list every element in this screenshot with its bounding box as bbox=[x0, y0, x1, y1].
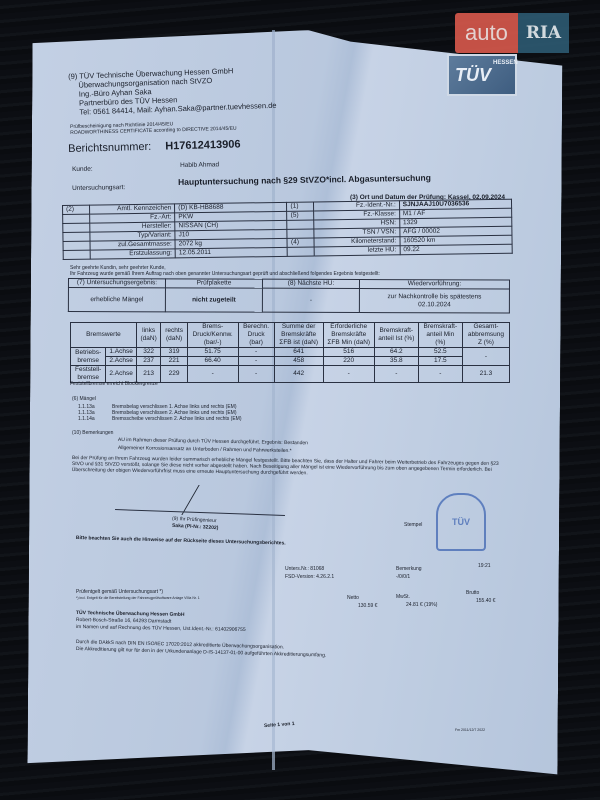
tuv-hessen-logo: TÜV HESSEN bbox=[447, 54, 517, 96]
brake-cell: 1.Achse bbox=[106, 348, 137, 357]
logo-text: TÜV bbox=[455, 65, 491, 86]
tuv-stamp: TÜV bbox=[436, 493, 486, 551]
brake-cell: Feststell-bremse bbox=[71, 366, 106, 383]
brake-cell: 52.5 bbox=[418, 348, 462, 357]
brake-cell: 220 bbox=[323, 357, 374, 366]
vehicle-cell: 12.05.2011 bbox=[175, 247, 287, 258]
result-value: erhebliche Mängel bbox=[68, 288, 165, 312]
logo-sub: HESSEN bbox=[493, 60, 518, 66]
brake-cell: - bbox=[238, 366, 274, 383]
brake-cell: 66.40 bbox=[187, 357, 238, 366]
brutto-value: 155.40 € bbox=[476, 598, 495, 604]
brake-cell: 442 bbox=[274, 366, 323, 383]
bemerkung-label: Bemerkung bbox=[396, 566, 422, 572]
vehicle-cell bbox=[63, 250, 90, 259]
vehicle-cell bbox=[63, 223, 90, 232]
brake-cell: - bbox=[462, 348, 509, 366]
brake-header: Bremskraft-anteil Min (%) bbox=[418, 323, 462, 348]
vehicle-cell: (1) bbox=[287, 202, 314, 211]
defects-list: 1.1.13aBremsbelag verschlissen 1. Achse … bbox=[78, 404, 242, 422]
brake-header: Brems-Druck/Kennw. (bar/-) bbox=[187, 323, 238, 348]
brake-cell: 213 bbox=[136, 366, 161, 383]
brake-row: Betriebs-bremse1.Achse32231951.75-641516… bbox=[71, 348, 510, 357]
brake-header: Erforderliche Bremskräfte ΣFB Min (daN) bbox=[323, 323, 374, 348]
brake-cell: 64.2 bbox=[374, 348, 418, 357]
brake-header: Gesamt-abbremsung Z (%) bbox=[462, 323, 509, 348]
brake-row: 2.Achse23722166.40-45822035.817.5 bbox=[71, 357, 510, 366]
vehicle-cell bbox=[288, 247, 315, 256]
brake-cell: 2.Achse bbox=[106, 357, 137, 366]
brake-cell: 221 bbox=[161, 357, 187, 366]
brake-cell: - bbox=[323, 366, 374, 383]
defects-title: (6) Mängel bbox=[72, 396, 96, 402]
brake-cell: 35.8 bbox=[374, 357, 418, 366]
vehicle-cell: (5) bbox=[287, 211, 314, 220]
form-code: Fm 2011/12/7 2022 bbox=[455, 728, 485, 732]
brake-header: Bremswerte bbox=[71, 323, 137, 348]
vehicle-cell: (4) bbox=[287, 238, 314, 247]
brake-cell: - bbox=[187, 366, 238, 383]
brake-cell: - bbox=[418, 366, 462, 383]
brake-header: links (daN) bbox=[136, 323, 161, 348]
remarks-title: (10) Bemerkungen bbox=[72, 430, 113, 436]
brake-cell: 319 bbox=[161, 348, 187, 357]
brake-note: Feststellbremse erreicht Blockiergrenze bbox=[70, 381, 158, 387]
next-hu-value: - bbox=[262, 288, 359, 312]
defect-code: 1.1.14a bbox=[78, 416, 98, 422]
vehicle-cell: 09.22 bbox=[400, 244, 512, 255]
fee-line: Prüfentgelt gemäß Untersuchungsart *) bbox=[76, 589, 163, 595]
fee-note: *) incl. Entgelt für die Bereitstellung … bbox=[76, 596, 200, 600]
vehicle-cell: Erstzulassung: bbox=[90, 249, 175, 259]
vehicle-cell: Kilometerstand: bbox=[314, 237, 399, 247]
brake-header: Berechn. Druck (bar) bbox=[238, 323, 274, 348]
brake-row: Feststell-bremse2.Achse213229--442---21.… bbox=[71, 366, 510, 383]
brutto-label: Brutto bbox=[466, 590, 479, 596]
brake-cell: 458 bbox=[274, 357, 323, 366]
paper-fold bbox=[272, 30, 275, 770]
netto-label: Netto bbox=[347, 595, 359, 601]
plakette-value: nicht zugeteilt bbox=[165, 288, 262, 312]
customer-name: Habib Ahmad bbox=[180, 161, 219, 170]
vehicle-cell: Fz.-Ident.-Nr.: bbox=[314, 201, 399, 211]
mwst-value: 24.81 € (19%) bbox=[406, 602, 437, 608]
brake-cell: 17.5 bbox=[418, 357, 462, 366]
brake-cell: 641 bbox=[274, 348, 323, 357]
brake-values-table: Bremswertelinks (daN)rechts (daN)Brems-D… bbox=[70, 322, 510, 383]
vehicle-cell: letzte HU: bbox=[315, 246, 400, 256]
brake-cell: - bbox=[238, 357, 274, 366]
defect-item: 1.1.14aBremsscheibe verschlissen 2. Achs… bbox=[78, 416, 242, 422]
result-table: (7) Untersuchungsergebnis: Prüfplakette … bbox=[68, 278, 510, 314]
watermark-ria: RIA bbox=[518, 13, 569, 53]
vehicle-cell bbox=[287, 220, 314, 229]
brake-cell: 51.75 bbox=[187, 348, 238, 357]
brake-cell: - bbox=[238, 348, 274, 357]
mwst-label: MwSt. bbox=[396, 594, 410, 600]
vehicle-data-table: (2)Amtl. Kennzeichen(D) KB-HB8688(1)Fz.-… bbox=[62, 199, 513, 260]
result-header: (7) Untersuchungsergebnis: bbox=[68, 279, 165, 288]
inspection-type-label: Untersuchungsart: bbox=[72, 184, 125, 193]
plakette-header: Prüfplakette bbox=[165, 279, 262, 288]
intro-line: Ihr Fahrzeug wurde gemäß Ihrem Auftrag n… bbox=[70, 271, 380, 277]
vehicle-cell: (2) bbox=[63, 205, 90, 214]
next-hu-header: (8) Nächste HU: bbox=[262, 279, 359, 288]
time-value: 19:21 bbox=[478, 563, 491, 569]
repeat-date: 02.10.2024 bbox=[363, 301, 506, 309]
vehicle-cell bbox=[63, 232, 90, 241]
customer-label: Kunde: bbox=[72, 166, 93, 174]
report-number-label: Berichtsnummer: bbox=[68, 141, 151, 155]
brake-cell: Betriebs-bremse bbox=[71, 348, 106, 366]
brake-cell: - bbox=[374, 366, 418, 383]
brake-cell: 2.Achse bbox=[106, 366, 137, 383]
brake-cell: 237 bbox=[136, 357, 161, 366]
fsd-version: FSD-Version: 4.26.2.1 bbox=[285, 574, 334, 580]
brake-header: Summe der Bremskräfte ΣFB ist (daN) bbox=[274, 323, 323, 348]
stamp-label: Stempel bbox=[404, 522, 422, 528]
brake-header: Bremskraft-anteil Ist (%) bbox=[374, 323, 418, 348]
netto-value: 130.59 € bbox=[358, 603, 377, 609]
unters-nr: Unters.Nr.: 81068 bbox=[285, 566, 324, 572]
report-number-value: H17612413906 bbox=[165, 138, 241, 152]
brake-cell: 21.3 bbox=[462, 366, 509, 383]
vehicle-cell bbox=[287, 229, 314, 238]
vehicle-cell bbox=[63, 214, 90, 223]
vehicle-cell: zul.Gesamtmasse: bbox=[90, 240, 175, 250]
vehicle-cell bbox=[63, 241, 90, 250]
repeat-value: zur Nachkontrolle bis spätestens 02.10.2… bbox=[359, 289, 509, 314]
brake-cell: 322 bbox=[136, 348, 161, 357]
bemerkung-value: -/0/0/1 bbox=[396, 574, 410, 580]
vehicle-cell: Amtl. Kennzeichen bbox=[89, 204, 174, 214]
watermark-auto: auto bbox=[455, 13, 518, 53]
issuer-block: (9) TÜV Technische Überwachung Hessen Gm… bbox=[68, 65, 277, 117]
brake-header: rechts (daN) bbox=[161, 323, 187, 348]
autoria-watermark: auto RIA bbox=[455, 13, 569, 53]
brake-cell: 229 bbox=[161, 366, 187, 383]
brake-cell: 516 bbox=[323, 348, 374, 357]
brake-header-row: Bremswertelinks (daN)rechts (daN)Brems-D… bbox=[71, 323, 510, 348]
defect-text: Bremsscheibe verschlissen 2. Achse links… bbox=[112, 416, 242, 422]
